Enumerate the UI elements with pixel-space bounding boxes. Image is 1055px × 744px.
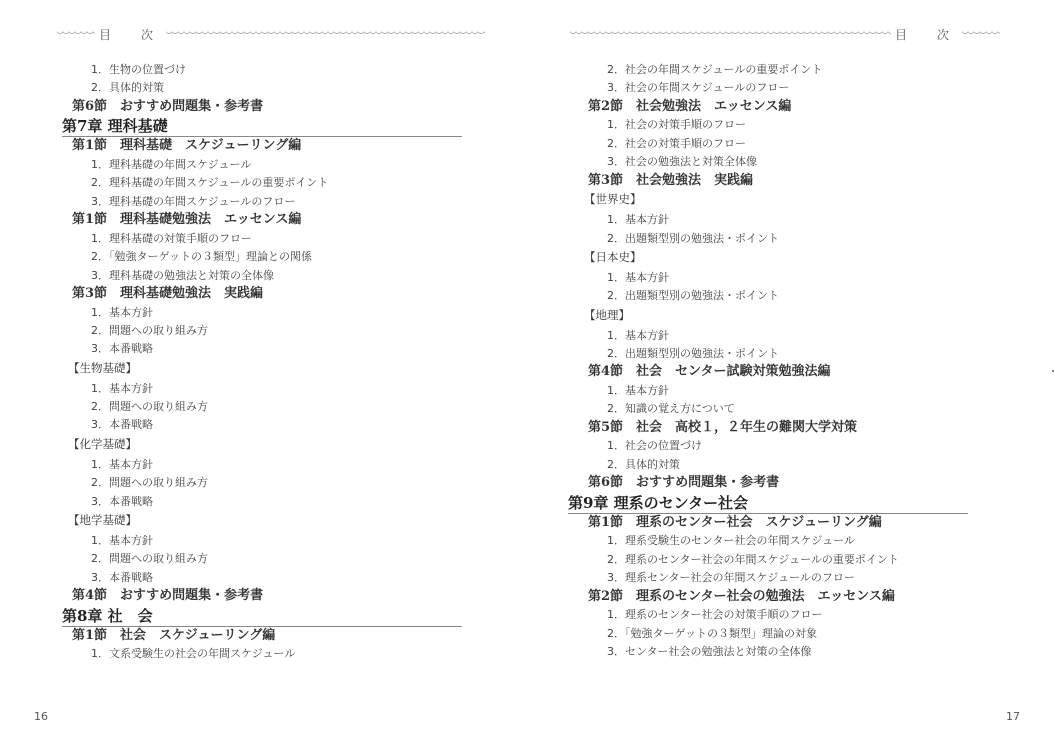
toc-section-heading: 第1節 社会 スケジューリング編 [62, 627, 462, 646]
toc-item: 1．理科基礎の年間スケジュール [62, 156, 462, 174]
toc-item: 3．本番戦略 [62, 493, 462, 511]
toc-item: 1．理科基礎の対策手順のフロー [62, 230, 462, 248]
toc-item: 1．基本方針 [62, 380, 462, 398]
toc-group-label: 【地理】 [578, 306, 978, 327]
toc-item: 1．文系受験生の社会の年間スケジュール [62, 645, 462, 663]
wave-ornament-icon [962, 31, 1000, 37]
toc-section-heading: 第1節 理科基礎勉強法 エッセンス編 [62, 211, 462, 230]
toc-item: 2．問題への取り組み方 [62, 474, 462, 492]
toc-item: 3．本番戦略 [62, 569, 462, 587]
toc-item: 3．理科基礎の勉強法と対策の全体像 [62, 267, 462, 285]
toc-group-label: 【化学基礎】 [62, 435, 462, 456]
toc-section-heading: 第6節 おすすめ問題集・参考書 [62, 98, 462, 117]
toc-group-label: 【地学基礎】 [62, 511, 462, 532]
toc-section-heading: 第5節 社会 高校１，２年生の難関大学対策 [578, 419, 978, 438]
toc-item: 1．基本方針 [62, 456, 462, 474]
toc-header: 目 次 [570, 24, 1000, 44]
page-number: 17 [1006, 710, 1020, 723]
toc-item: 1．社会の位置づけ [578, 437, 978, 455]
toc-section-heading: 第3節 理科基礎勉強法 実践編 [62, 285, 462, 304]
toc-item: 1．基本方針 [578, 269, 978, 287]
toc-header-title: 目 次 [95, 26, 166, 43]
toc-item: 2．具体的対策 [578, 456, 978, 474]
toc-item: 1．基本方針 [578, 382, 978, 400]
toc-item: 1．理系のセンター社会の対策手順のフロー [578, 606, 978, 624]
toc-item: 2．社会の年間スケジュールの重要ポイント [578, 61, 978, 79]
toc-item: 1．理系受験生のセンター社会の年間スケジュール [578, 532, 978, 550]
toc-item: 2．具体的対策 [62, 79, 462, 97]
toc-item: 3．理系センター社会の年間スケジュールのフロー [578, 569, 978, 587]
toc-item: 3．理科基礎の年間スケジュールのフロー [62, 193, 462, 211]
wave-ornament-icon [57, 31, 95, 37]
toc-section-heading: 第3節 社会勉強法 実践編 [578, 172, 978, 191]
toc-item: 1．基本方針 [578, 211, 978, 229]
left-page: 目 次 1．生物の位置づけ2．具体的対策第6節 おすすめ問題集・参考書第7章 理… [0, 0, 527, 744]
toc-section-heading: 第1節 理科基礎 スケジューリング編 [62, 137, 462, 156]
toc-header-title: 目 次 [891, 26, 962, 43]
toc-list: 2．社会の年間スケジュールの重要ポイント3．社会の年間スケジュールのフロー第2節… [578, 61, 978, 661]
toc-item: 1．生物の位置づけ [62, 61, 462, 79]
toc-item: 2．社会の対策手順のフロー [578, 135, 978, 153]
toc-item: 3．センター社会の勉強法と対策の全体像 [578, 643, 978, 661]
toc-chapter-heading: 第9章 理系のセンター社会 [568, 493, 968, 514]
toc-item: 2．問題への取り組み方 [62, 550, 462, 568]
wave-ornament-icon [166, 31, 485, 37]
toc-item: 2．問題への取り組み方 [62, 398, 462, 416]
toc-item: 3．社会の年間スケジュールのフロー [578, 79, 978, 97]
toc-item: 2．問題への取り組み方 [62, 322, 462, 340]
toc-item: 1．基本方針 [62, 304, 462, 322]
toc-chapter-heading: 第7章 理科基礎 [62, 116, 462, 137]
toc-item: 2．出題類型別の勉強法・ポイント [578, 230, 978, 248]
toc-list: 1．生物の位置づけ2．具体的対策第6節 おすすめ問題集・参考書第7章 理科基礎第… [62, 61, 462, 664]
toc-item: 2．「勉強ターゲットの３類型」理論との関係 [62, 248, 462, 266]
toc-item: 2．出題類型別の勉強法・ポイント [578, 287, 978, 305]
toc-item: 2．出題類型別の勉強法・ポイント [578, 345, 978, 363]
toc-section-heading: 第4節 社会 センター試験対策勉強法編 [578, 363, 978, 382]
toc-item: 1．基本方針 [578, 327, 978, 345]
toc-group-label: 【生物基礎】 [62, 359, 462, 380]
toc-header: 目 次 [57, 24, 485, 44]
toc-item: 2．知識の覚え方について [578, 400, 978, 418]
page-number: 16 [34, 710, 48, 723]
edge-mark [1052, 370, 1054, 372]
toc-item: 1．社会の対策手順のフロー [578, 116, 978, 134]
toc-group-label: 【日本史】 [578, 248, 978, 269]
right-page: 目 次 2．社会の年間スケジュールの重要ポイント3．社会の年間スケジュールのフロ… [528, 0, 1055, 744]
toc-section-heading: 第2節 社会勉強法 エッセンス編 [578, 98, 978, 117]
toc-chapter-heading: 第8章 社 会 [62, 606, 462, 627]
toc-section-heading: 第6節 おすすめ問題集・参考書 [578, 474, 978, 493]
toc-item: 1．基本方針 [62, 532, 462, 550]
toc-item: 2．理科基礎の年間スケジュールの重要ポイント [62, 174, 462, 192]
toc-item: 3．本番戦略 [62, 416, 462, 434]
toc-item: 2．「勉強ターゲットの３類型」理論の対象 [578, 625, 978, 643]
toc-item: 3．本番戦略 [62, 340, 462, 358]
toc-item: 2．理系のセンター社会の年間スケジュールの重要ポイント [578, 551, 978, 569]
toc-section-heading: 第2節 理系のセンター社会の勉強法 エッセンス編 [578, 588, 978, 607]
toc-section-heading: 第4節 おすすめ問題集・参考書 [62, 587, 462, 606]
toc-section-heading: 第1節 理系のセンター社会 スケジューリング編 [578, 514, 978, 533]
toc-item: 3．社会の勉強法と対策全体像 [578, 153, 978, 171]
wave-ornament-icon [570, 31, 891, 37]
toc-group-label: 【世界史】 [578, 190, 978, 211]
